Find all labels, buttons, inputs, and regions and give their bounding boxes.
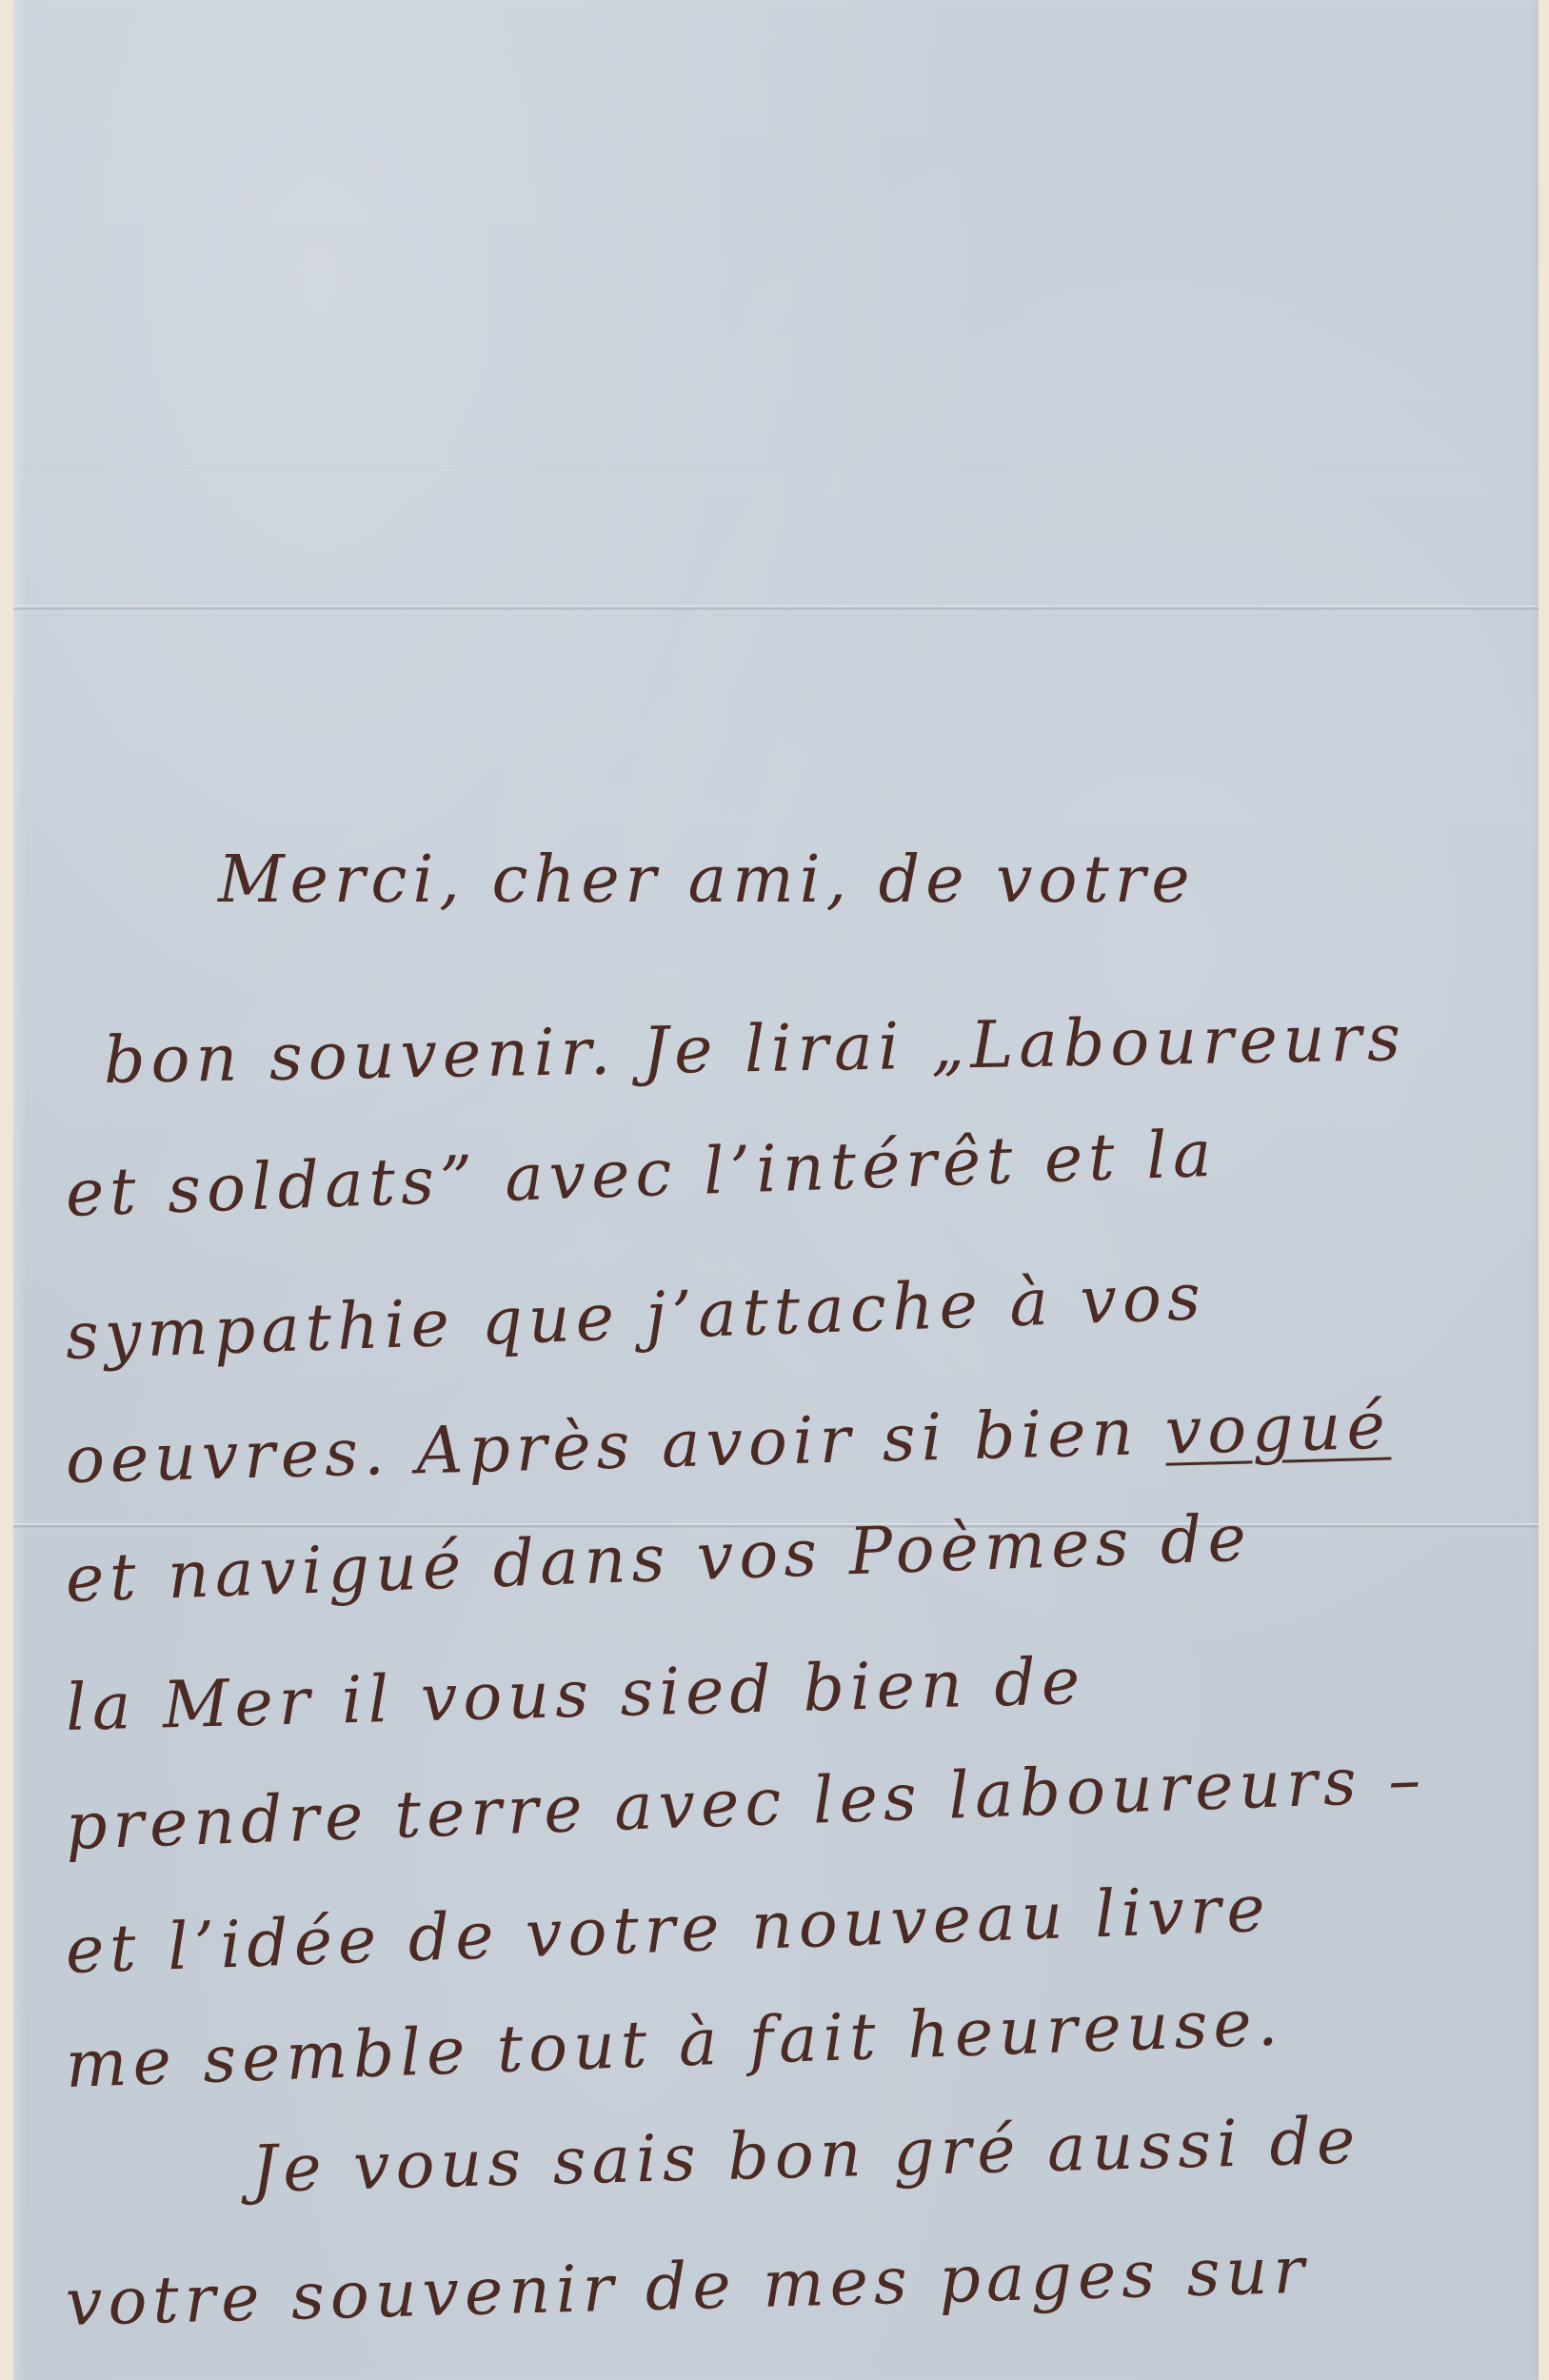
letter-body: Merci, cher ami, de votre bon souvenir. … bbox=[13, 0, 1539, 2380]
letter-line-12: votre souvenir de mes pages sur bbox=[65, 2233, 1311, 2341]
letter-line-9: et l’idée de votre nouveau livre bbox=[65, 1872, 1272, 1989]
letter-line-5-text: oeuvres. Après avoir si bien bbox=[65, 1395, 1140, 1497]
letter-line-11: Je vous sais bon gré aussi de bbox=[250, 2104, 1361, 2208]
letter-line-8: prendre terre avec les laboureurs – bbox=[65, 1742, 1428, 1865]
underlined-word: vogué bbox=[1164, 1389, 1392, 1470]
letter-line-1: Merci, cher ami, de votre bbox=[218, 843, 1196, 918]
letter-line-10: me semble tout à fait heureuse. bbox=[65, 1985, 1285, 2103]
letter-line-3: et soldats” avec l’intérêt et la bbox=[65, 1117, 1219, 1232]
letter-paper: Merci, cher ami, de votre bon souvenir. … bbox=[13, 0, 1539, 2380]
letter-line-5: oeuvres. Après avoir si bien vogué bbox=[65, 1389, 1392, 1498]
letter-line-6: et navigué dans vos Poèmes de bbox=[65, 1501, 1253, 1617]
letter-line-4: sympathie que j’attache à vos bbox=[65, 1259, 1207, 1375]
letter-line-2: bon souvenir. Je lirai „Laboureurs bbox=[103, 1001, 1406, 1099]
letter-line-7: la Mer il vous sied bien de bbox=[65, 1644, 1086, 1746]
